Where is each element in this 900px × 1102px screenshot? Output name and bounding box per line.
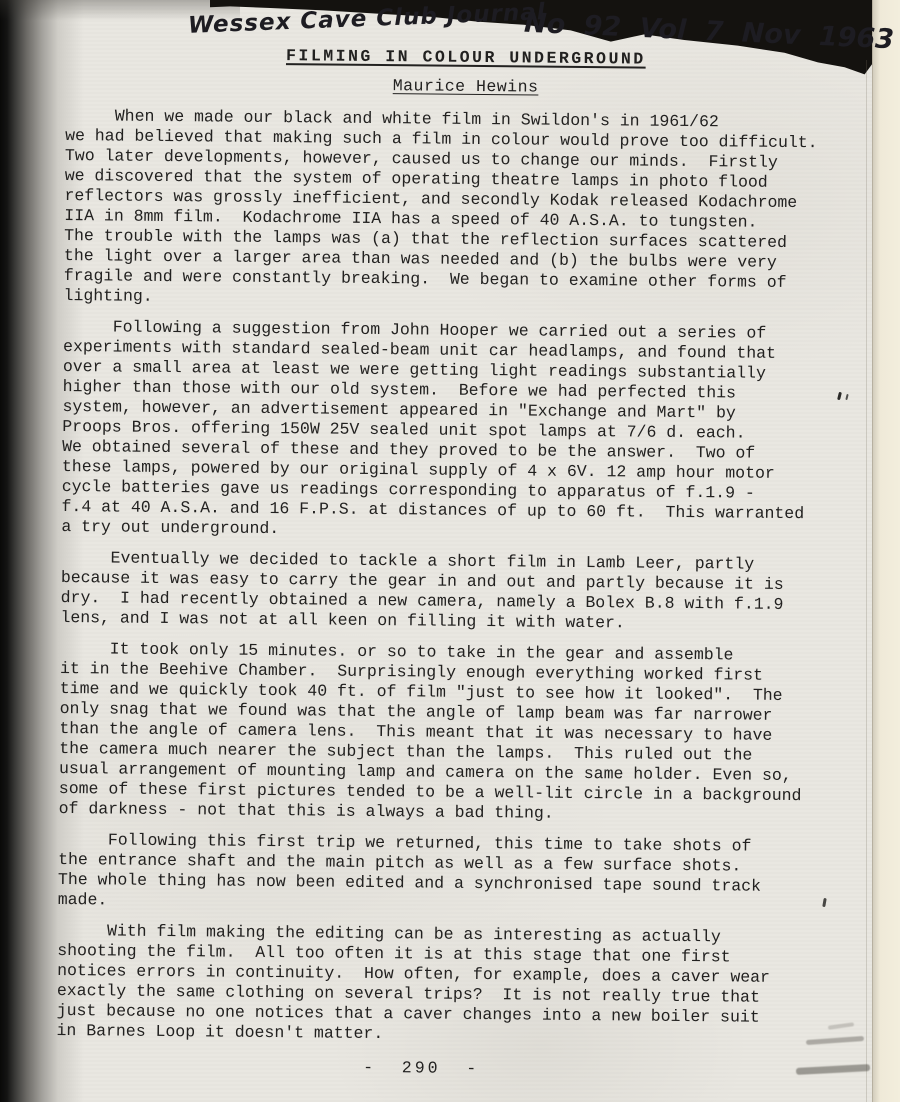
article-paragraph: With film making the editing can be as i… bbox=[56, 921, 857, 1049]
page-number: - 290 - bbox=[21, 1055, 821, 1083]
article-paragraphs: When we made our black and white film in… bbox=[56, 106, 865, 1049]
article-paragraph: Following a suggestion from John Hooper … bbox=[61, 317, 863, 545]
article-paragraph: Eventually we decided to tackle a short … bbox=[60, 548, 861, 636]
page-edge-line bbox=[866, 60, 867, 1102]
article-paragraph: It took only 15 minutes. or so to take i… bbox=[59, 639, 861, 827]
article-paragraph: Following this first trip we returned, t… bbox=[58, 830, 859, 918]
article-author: Maurice Hewins bbox=[66, 73, 866, 101]
article-paragraph: When we made our black and white film in… bbox=[63, 106, 865, 314]
page-edge bbox=[872, 0, 900, 1102]
scanned-journal-page: Wessex Cave Club Journal No 92 Vol 7 Nov… bbox=[0, 0, 900, 1102]
article-body: FILMING IN COLOUR UNDERGROUND Maurice He… bbox=[56, 44, 866, 1083]
